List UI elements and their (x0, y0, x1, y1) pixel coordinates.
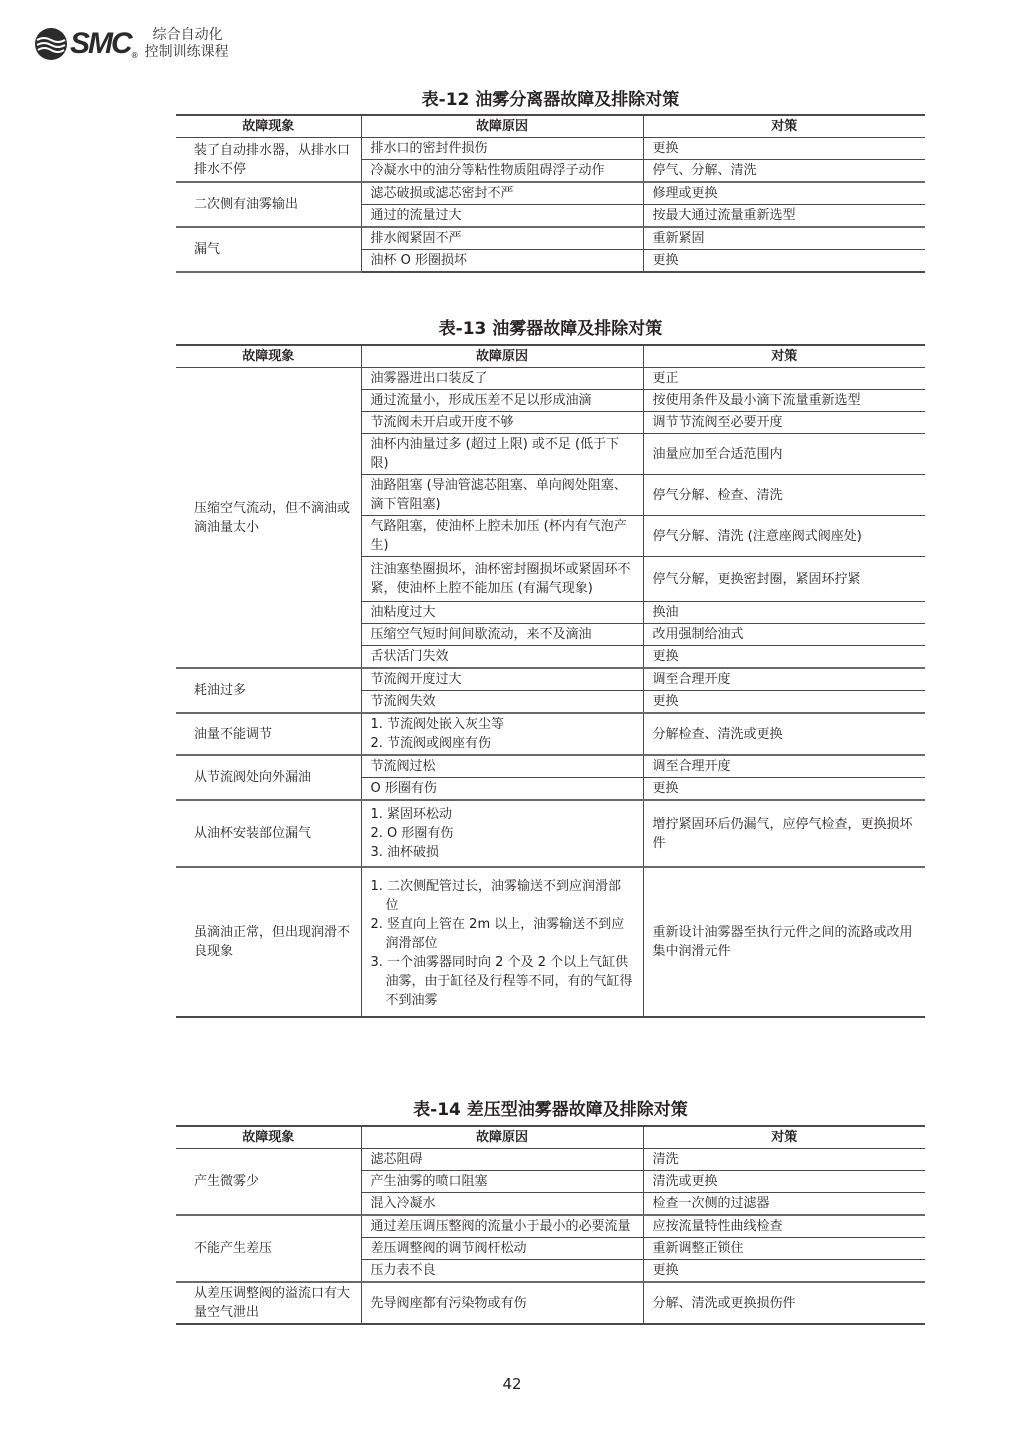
page-number: 42 (0, 1375, 1024, 1393)
remedy-cell: 清洗 (643, 1149, 925, 1171)
smc-logo-icon (34, 27, 68, 61)
remedy-cell: 调至合理开度 (643, 755, 925, 778)
cause-list-cell: 1. 节流阀处嵌入灰尘等 2. 节流阀或阀座有伤 (361, 713, 643, 755)
cause-cell: 节流阀开度过大 (361, 668, 643, 691)
table-row: 压缩空气流动，但不滴油或滴油量太小 油雾器进出口装反了 更正 (176, 368, 925, 390)
table-14: 故障现象 故障原因 对策 产生微雾少 滤芯阻碍 清洗 产生油雾的喷口阻塞 清洗或… (176, 1125, 925, 1325)
table-12: 故障现象 故障原因 对策 装了自动排水器，从排水口排水不停 排水口的密封件损伤 … (176, 114, 925, 273)
table-row: 虽滴油正常，但出现润滑不良现象 1. 二次侧配管过长，油雾输送不到应润滑部位 2… (176, 867, 925, 1017)
cause-list-item: 1. 节流阀处嵌入灰尘等 (371, 715, 633, 734)
header-cause: 故障原因 (361, 115, 643, 138)
cause-cell: 油雾器进出口装反了 (361, 368, 643, 390)
cause-cell: 节流阀未开启或开度不够 (361, 412, 643, 434)
cause-cell: 滤芯阻碍 (361, 1149, 643, 1171)
table-row: 装了自动排水器，从排水口排水不停 排水口的密封件损伤 更换 (176, 138, 925, 160)
table-row: 从节流阀处向外漏油 节流阀过松 调至合理开度 (176, 755, 925, 778)
remedy-cell: 清洗或更换 (643, 1171, 925, 1193)
remedy-cell: 按最大通过流量重新选型 (643, 205, 925, 228)
header-cause: 故障原因 (361, 345, 643, 368)
cause-cell: 舌状活门失效 (361, 646, 643, 669)
symptom-cell: 虽滴油正常，但出现润滑不良现象 (176, 867, 361, 1017)
header-symptom: 故障现象 (176, 345, 361, 368)
remedy-cell: 油量应加至合适范围内 (643, 434, 925, 475)
cause-cell: 油路阻塞 (导油管滤芯阻塞、单向阀处阻塞、滴下管阻塞) (361, 475, 643, 516)
cause-cell: 混入冷凝水 (361, 1193, 643, 1216)
table-header-row: 故障现象 故障原因 对策 (176, 1126, 925, 1149)
cause-cell: 通过的流量过大 (361, 205, 643, 228)
table-row: 从差压调整阀的溢流口有大量空气泄出 先导阀座都有污染物或有伤 分解、清洗或更换损… (176, 1282, 925, 1324)
remedy-cell: 调至合理开度 (643, 668, 925, 691)
symptom-cell: 装了自动排水器，从排水口排水不停 (176, 138, 361, 183)
cause-list-cell: 1. 二次侧配管过长，油雾输送不到应润滑部位 2. 竖直向上管在 2m 以上，油… (361, 867, 643, 1017)
cause-cell: 通过差压调压整阀的流量小于最小的必要流量 (361, 1215, 643, 1238)
symptom-cell: 压缩空气流动，但不滴油或滴油量太小 (176, 368, 361, 669)
symptom-cell: 从差压调整阀的溢流口有大量空气泄出 (176, 1282, 361, 1324)
header-remedy: 对策 (643, 1126, 925, 1149)
logo-text: SMC (70, 27, 131, 61)
table-12-title: 表-12 油雾分离器故障及排除对策 (176, 89, 925, 111)
remedy-cell: 按使用条件及最小滴下流量重新选型 (643, 390, 925, 412)
cause-cell: 油杯内油量过多 (超过上限) 或不足 (低于下限) (361, 434, 643, 475)
table-row: 漏气 排水阀紧固不严 重新紧固 (176, 227, 925, 250)
remedy-cell: 换油 (643, 602, 925, 624)
header-remedy: 对策 (643, 345, 925, 368)
header-cause: 故障原因 (361, 1126, 643, 1149)
symptom-cell: 从节流阀处向外漏油 (176, 755, 361, 800)
cause-cell: 注油塞垫圈损坏，油杯密封圈损坏或紧固环不紧，使油杯上腔不能加压 (有漏气现象) (361, 557, 643, 602)
remedy-cell: 停气分解、清洗 (注意座阀式阀座处) (643, 516, 925, 557)
course-subtitle: 综合自动化 控制训练课程 (145, 27, 229, 61)
symptom-cell: 不能产生差压 (176, 1215, 361, 1282)
table-13: 故障现象 故障原因 对策 压缩空气流动，但不滴油或滴油量太小 油雾器进出口装反了… (176, 344, 925, 1018)
cause-cell: 冷凝水中的油分等粘性物质阻碍浮子动作 (361, 160, 643, 183)
header-remedy: 对策 (643, 115, 925, 138)
remedy-cell: 更换 (643, 138, 925, 160)
cause-list-item: 3. 油杯破损 (371, 843, 633, 862)
cause-cell: 先导阀座都有污染物或有伤 (361, 1282, 643, 1324)
cause-cell: 压缩空气短时间间歇流动，来不及滴油 (361, 624, 643, 646)
table-14-title: 表-14 差压型油雾器故障及排除对策 (176, 1099, 925, 1121)
table-13-title: 表-13 油雾器故障及排除对策 (176, 318, 925, 340)
symptom-cell: 产生微雾少 (176, 1149, 361, 1216)
remedy-cell: 调节节流阀至必要开度 (643, 412, 925, 434)
remedy-cell: 更换 (643, 1260, 925, 1283)
cause-list-cell: 1. 紧固环松动 2. O 形圈有伤 3. 油杯破损 (361, 800, 643, 867)
symptom-cell: 油量不能调节 (176, 713, 361, 755)
subtitle-line-1: 综合自动化 (145, 27, 229, 44)
remedy-cell: 重新紧固 (643, 227, 925, 250)
cause-cell: 压力表不良 (361, 1260, 643, 1283)
table-row: 二次侧有油雾输出 滤芯破损或滤芯密封不严 修理或更换 (176, 182, 925, 205)
table-row: 从油杯安装部位漏气 1. 紧固环松动 2. O 形圈有伤 3. 油杯破损 增拧紧… (176, 800, 925, 867)
remedy-cell: 分解、清洗或更换损伤件 (643, 1282, 925, 1324)
cause-cell: O 形圈有伤 (361, 778, 643, 801)
table-row: 油量不能调节 1. 节流阀处嵌入灰尘等 2. 节流阀或阀座有伤 分解检查、清洗或… (176, 713, 925, 755)
cause-cell: 节流阀失效 (361, 691, 643, 714)
cause-cell: 油粘度过大 (361, 602, 643, 624)
remedy-cell: 增拧紧固环后仍漏气，应停气检查，更换损坏件 (643, 800, 925, 867)
remedy-cell: 重新调整正锁住 (643, 1238, 925, 1260)
table-row: 产生微雾少 滤芯阻碍 清洗 (176, 1149, 925, 1171)
remedy-cell: 更换 (643, 691, 925, 714)
remedy-cell: 停气分解，更换密封圈，紧固环拧紧 (643, 557, 925, 602)
remedy-cell: 改用强制给油式 (643, 624, 925, 646)
remedy-cell: 分解检查、清洗或更换 (643, 713, 925, 755)
cause-list-item: 2. 节流阀或阀座有伤 (371, 734, 633, 753)
symptom-cell: 从油杯安装部位漏气 (176, 800, 361, 867)
remedy-cell: 应按流量特性曲线检查 (643, 1215, 925, 1238)
table-row: 不能产生差压 通过差压调压整阀的流量小于最小的必要流量 应按流量特性曲线检查 (176, 1215, 925, 1238)
cause-cell: 油杯 O 形圈损坏 (361, 250, 643, 273)
registered-mark: ® (131, 51, 139, 60)
symptom-cell: 二次侧有油雾输出 (176, 182, 361, 227)
cause-cell: 气路阻塞，使油杯上腔未加压 (杯内有气泡产生) (361, 516, 643, 557)
remedy-cell: 停气分解、检查、清洗 (643, 475, 925, 516)
cause-cell: 排水阀紧固不严 (361, 227, 643, 250)
remedy-cell: 更换 (643, 250, 925, 273)
remedy-cell: 更换 (643, 646, 925, 669)
cause-cell: 差压调整阀的调节阀杆松动 (361, 1238, 643, 1260)
subtitle-line-2: 控制训练课程 (145, 44, 229, 61)
symptom-cell: 漏气 (176, 227, 361, 272)
remedy-cell: 更换 (643, 778, 925, 801)
remedy-cell: 检查一次侧的过滤器 (643, 1193, 925, 1216)
remedy-cell: 更正 (643, 368, 925, 390)
remedy-cell: 重新设计油雾器至执行元件之间的流路或改用集中润滑元件 (643, 867, 925, 1017)
cause-cell: 排水口的密封件损伤 (361, 138, 643, 160)
cause-cell: 产生油雾的喷口阻塞 (361, 1171, 643, 1193)
cause-list-item: 2. 竖直向上管在 2m 以上，油雾输送不到应润滑部位 (371, 915, 633, 953)
cause-cell: 滤芯破损或滤芯密封不严 (361, 182, 643, 205)
table-row: 耗油过多 节流阀开度过大 调至合理开度 (176, 668, 925, 691)
remedy-cell: 修理或更换 (643, 182, 925, 205)
symptom-cell: 耗油过多 (176, 668, 361, 713)
cause-list-item: 1. 紧固环松动 (371, 805, 633, 824)
cause-list-item: 2. O 形圈有伤 (371, 824, 633, 843)
header-symptom: 故障现象 (176, 115, 361, 138)
cause-list-item: 3. 一个油雾器同时向 2 个及 2 个以上气缸供油雾，由于缸径及行程等不同，有… (371, 953, 633, 1010)
page-header: SMC ® 综合自动化 控制训练课程 (34, 22, 229, 66)
table-header-row: 故障现象 故障原因 对策 (176, 345, 925, 368)
table-header-row: 故障现象 故障原因 对策 (176, 115, 925, 138)
remedy-cell: 停气、分解、清洗 (643, 160, 925, 183)
cause-list-item: 1. 二次侧配管过长，油雾输送不到应润滑部位 (371, 877, 633, 915)
header-symptom: 故障现象 (176, 1126, 361, 1149)
cause-cell: 节流阀过松 (361, 755, 643, 778)
cause-cell: 通过流量小，形成压差不足以形成油滴 (361, 390, 643, 412)
